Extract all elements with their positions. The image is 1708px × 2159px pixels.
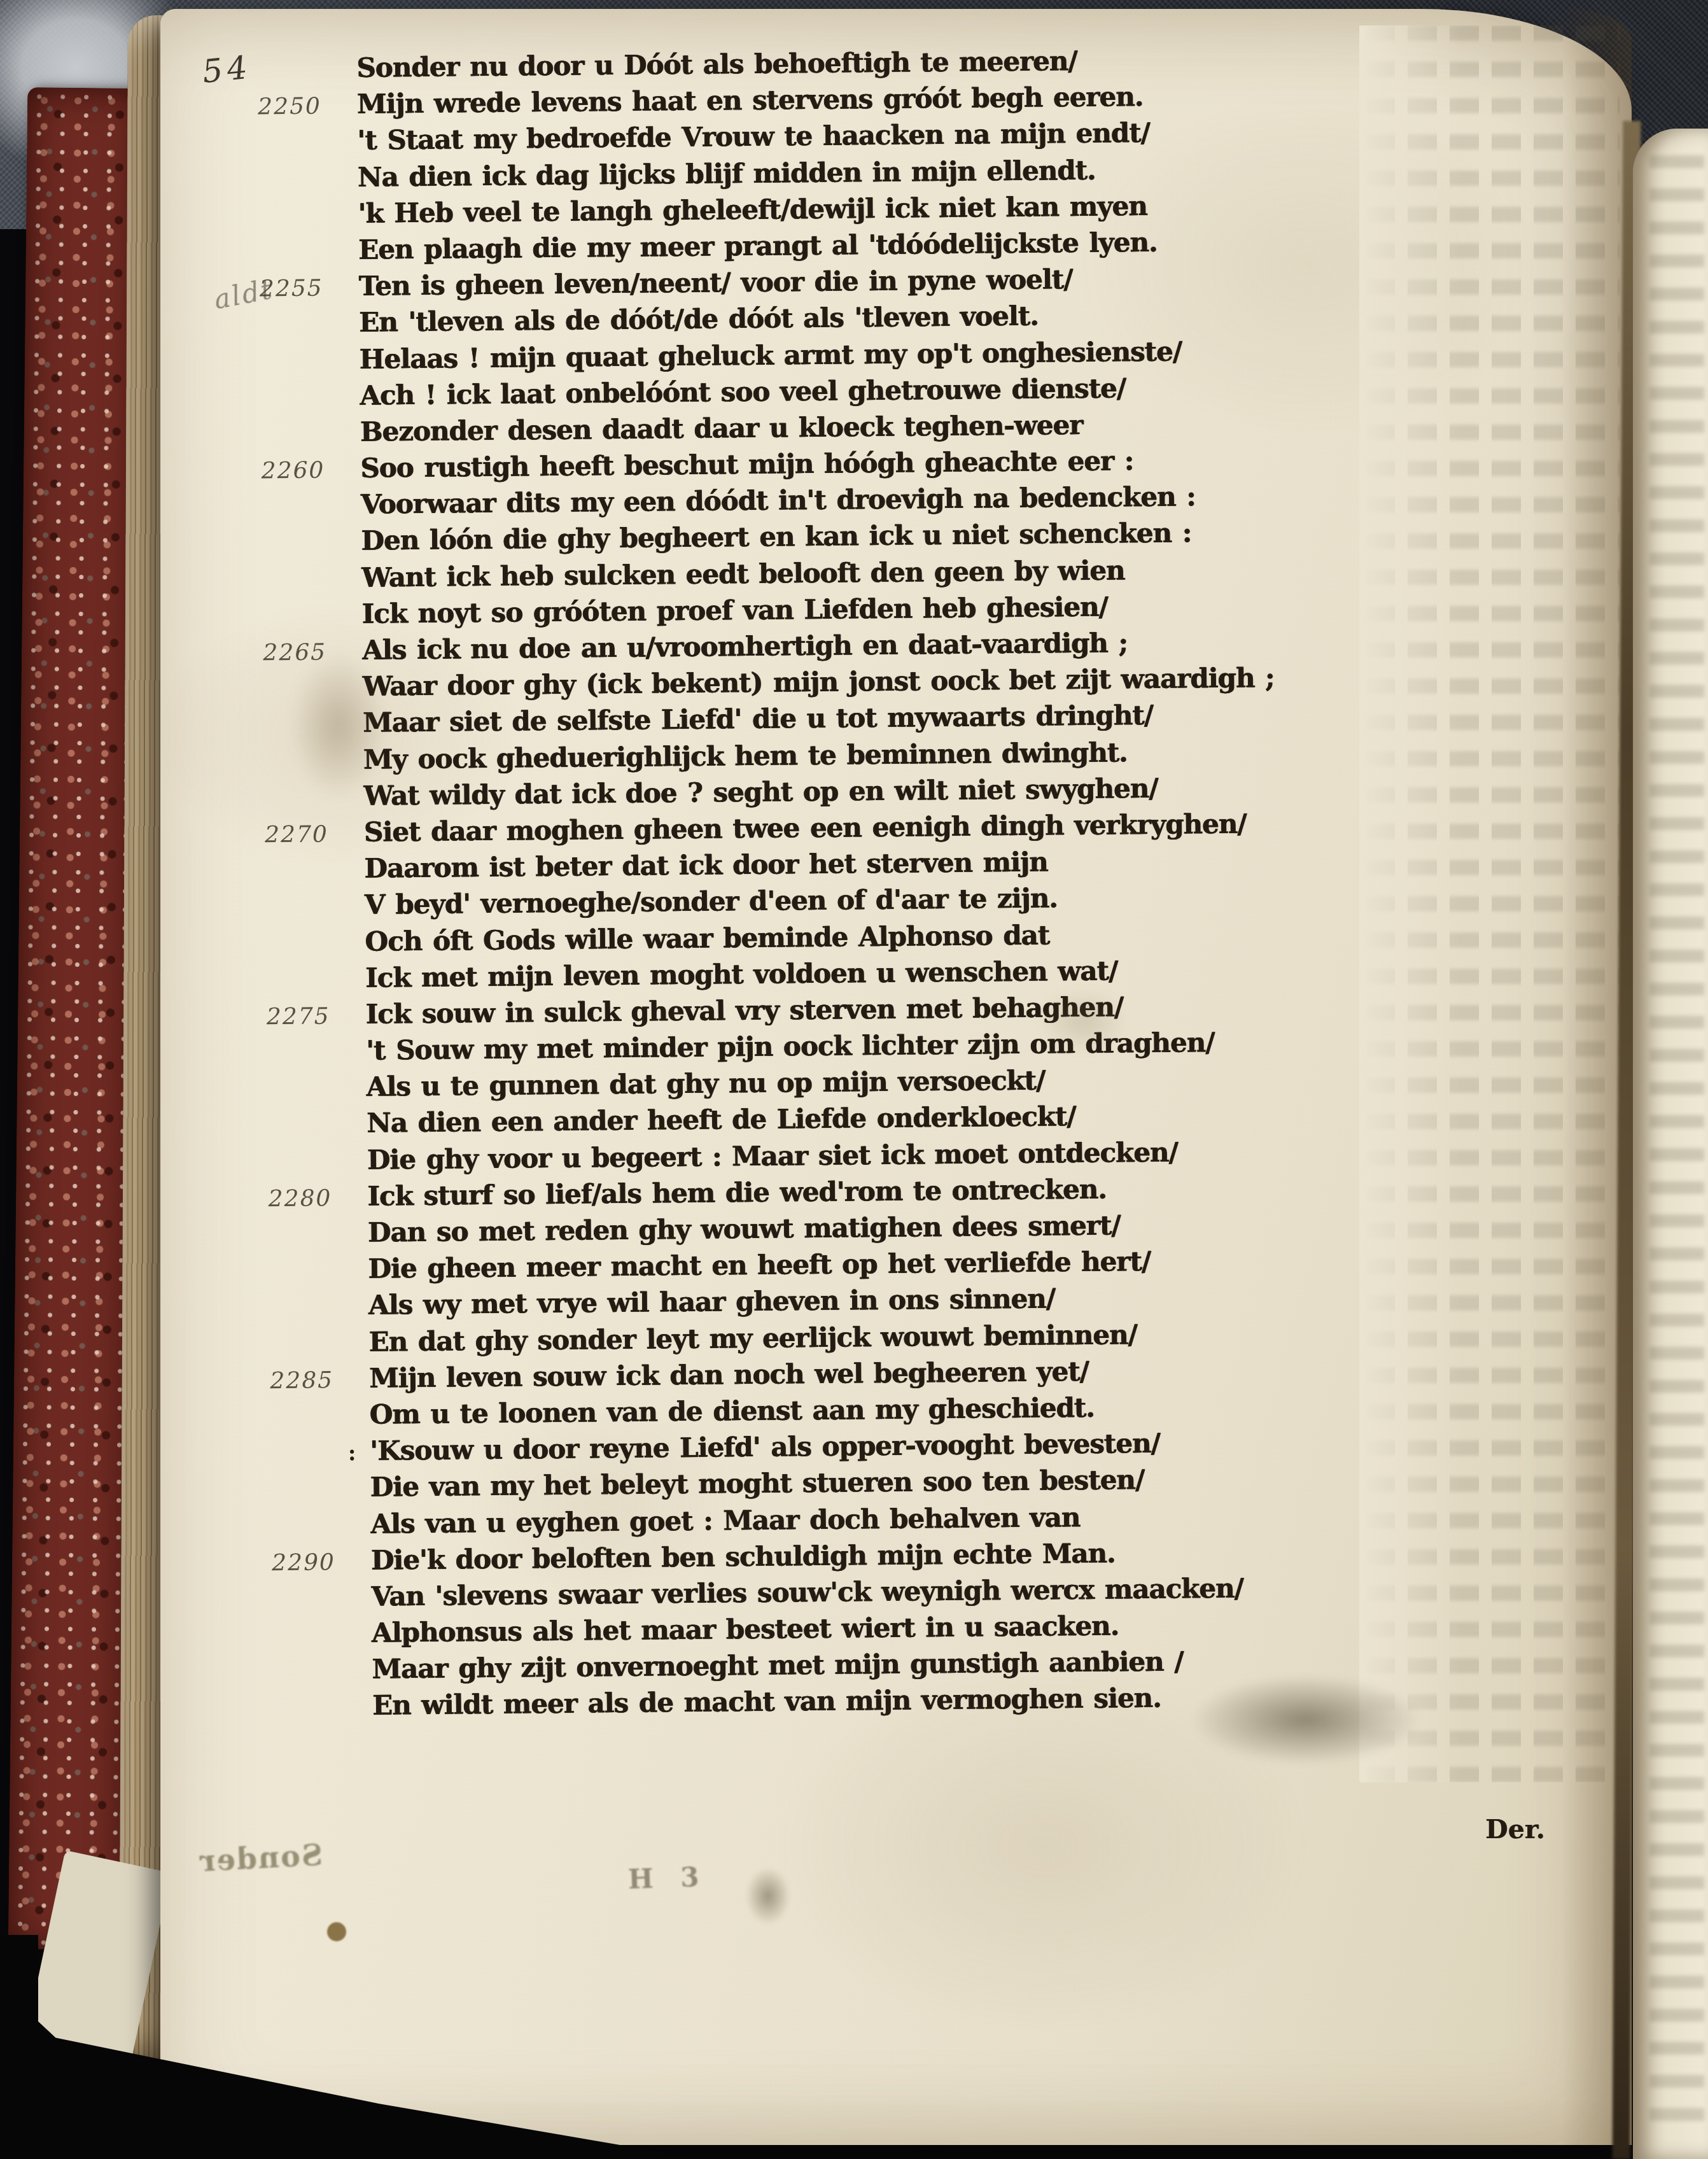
margin-mark — [333, 1351, 369, 1351]
margin-mark — [335, 1496, 370, 1497]
margin-mark — [325, 514, 361, 514]
margin-mark — [325, 441, 360, 442]
margin-line-number — [174, 1460, 334, 1461]
margin-line-number — [162, 223, 323, 224]
margin-line-number — [172, 1242, 332, 1243]
margin-line-number: 2260 — [164, 452, 325, 490]
margin-line-number: 2275 — [169, 998, 330, 1036]
verse-text: En 'tleven als de dóót/de dóót als 'tlev… — [359, 298, 1039, 341]
margin-line-number — [162, 186, 322, 188]
margin-mark — [332, 1169, 367, 1169]
margin-line-number — [162, 150, 322, 151]
margin-mark — [327, 732, 363, 733]
verse-text: Ten is gheen leven/neent/ voor die in py… — [358, 261, 1072, 304]
margin-line-number — [169, 951, 330, 952]
margin-mark — [331, 1132, 367, 1133]
margin-line-number — [174, 1424, 334, 1425]
margin-mark — [323, 332, 359, 332]
verse-text: Na dien een ander heeft de Liefde onderk… — [367, 1099, 1076, 1142]
margin-mark — [333, 1314, 368, 1315]
margin-line-number: 2270 — [168, 816, 329, 854]
photo-of-open-book: 54 aldt Sonder nu door u Dóót als behoef… — [0, 0, 1708, 2159]
margin-line-number — [167, 769, 328, 770]
margin-mark — [326, 550, 361, 551]
margin-mark — [332, 1242, 368, 1242]
verse-text: Och óft Gods wille waar beminde Alphonso… — [365, 917, 1049, 960]
margin-line-number — [165, 551, 326, 552]
margin-line-number — [167, 805, 328, 806]
margin-mark — [336, 1642, 372, 1643]
signature-mark-ghost: H 3 — [627, 1861, 708, 1895]
margin-mark — [321, 77, 356, 78]
margin-mark — [335, 1533, 370, 1533]
margin-line-number — [164, 441, 325, 442]
foreground-shadow-left — [0, 1935, 38, 2159]
margin-line-number: 2265 — [166, 634, 327, 672]
margin-line-number — [176, 1715, 337, 1717]
margin-mark — [326, 587, 361, 587]
book-page: 54 aldt Sonder nu door u Dóót als behoef… — [160, 9, 1632, 2145]
margin-mark — [333, 1278, 368, 1279]
margin-line-number: 2285 — [173, 1362, 334, 1400]
margin-line-number — [167, 733, 327, 734]
margin-mark — [324, 405, 360, 405]
margin-mark — [329, 878, 365, 878]
margin-line-number — [164, 369, 324, 370]
margin-mark — [322, 150, 358, 150]
margin-mark — [330, 950, 365, 951]
margin-line-number — [169, 987, 330, 988]
verse-text: Als wy met vrye wil haar gheven in ons s… — [368, 1281, 1055, 1324]
stain — [327, 1922, 346, 1941]
margin-mark — [334, 1424, 370, 1424]
margin-mark — [327, 696, 363, 696]
margin-mark — [329, 914, 365, 915]
margin-line-number — [170, 1060, 330, 1061]
margin-mark — [326, 659, 362, 660]
margin-line-number: 2280 — [171, 1180, 332, 1218]
verse-text-block: Sonder nu door u Dóót als behoeftigh te … — [160, 38, 1648, 1726]
margin-line-number — [169, 878, 329, 880]
margin-line-number — [164, 405, 324, 406]
verse-text: En wildt meer als de macht van mijn verm… — [372, 1680, 1161, 1724]
margin-mark — [323, 295, 359, 296]
margin-line-number — [174, 1497, 335, 1498]
margin-line-number — [172, 1279, 333, 1280]
margin-line-number — [174, 1533, 335, 1535]
margin-mark — [330, 1023, 366, 1024]
margin-mark: : — [334, 1440, 370, 1466]
margin-line-number — [165, 587, 326, 588]
margin-mark — [332, 1206, 367, 1206]
margin-mark — [331, 1096, 367, 1097]
verse-text: V beyd' vernoeghe/sonder d'een of d'aar … — [365, 880, 1058, 924]
verse-text: Als u te gunnen dat ghy nu op mijn verso… — [366, 1062, 1045, 1105]
margin-mark — [328, 768, 363, 769]
margin-line-number — [171, 1133, 331, 1134]
margin-mark — [335, 1606, 371, 1607]
margin-mark — [337, 1715, 372, 1715]
margin-line-number: 2250 — [161, 88, 322, 127]
margin-mark — [333, 1388, 369, 1388]
margin-line-number — [166, 623, 326, 624]
margin-mark — [322, 186, 358, 186]
margin-line-number — [165, 514, 325, 516]
margin-line-number — [163, 332, 323, 334]
margin-line-number — [172, 1315, 333, 1316]
margin-line-number — [173, 1351, 333, 1353]
margin-line-number — [167, 696, 327, 698]
margin-line-number: 2290 — [175, 1544, 336, 1582]
catchword: Der. — [1485, 1814, 1545, 1845]
margin-mark — [330, 1060, 366, 1060]
margin-mark — [324, 368, 360, 369]
margin-line-number — [176, 1679, 337, 1680]
margin-line-number — [160, 77, 321, 78]
margin-mark — [328, 805, 363, 806]
mirrored-setoff-word: Sonder — [198, 1838, 324, 1878]
margin-line-number — [176, 1606, 336, 1607]
verse-text: Als van u eyghen goet : Maar doch behalv… — [370, 1499, 1080, 1542]
margin-mark — [321, 113, 357, 114]
margin-mark — [337, 1678, 372, 1679]
margin-mark — [330, 987, 365, 988]
margin-line-number: 2255 — [162, 271, 323, 309]
verse-text: Daarom ist beter dat ick door het sterve… — [364, 844, 1048, 887]
facing-page-edge — [1633, 129, 1708, 2159]
margin-mark — [326, 623, 362, 624]
margin-line-number — [169, 915, 329, 916]
margin-line-number — [162, 259, 323, 260]
margin-mark — [328, 841, 364, 842]
margin-line-number — [171, 1169, 332, 1171]
margin-mark — [335, 1569, 371, 1570]
stain — [746, 1867, 790, 1925]
margin-line-number — [171, 1097, 331, 1098]
margin-mark — [325, 477, 360, 478]
margin-mark — [323, 259, 358, 260]
margin-line-number — [176, 1642, 336, 1643]
margin-mark — [323, 223, 358, 223]
